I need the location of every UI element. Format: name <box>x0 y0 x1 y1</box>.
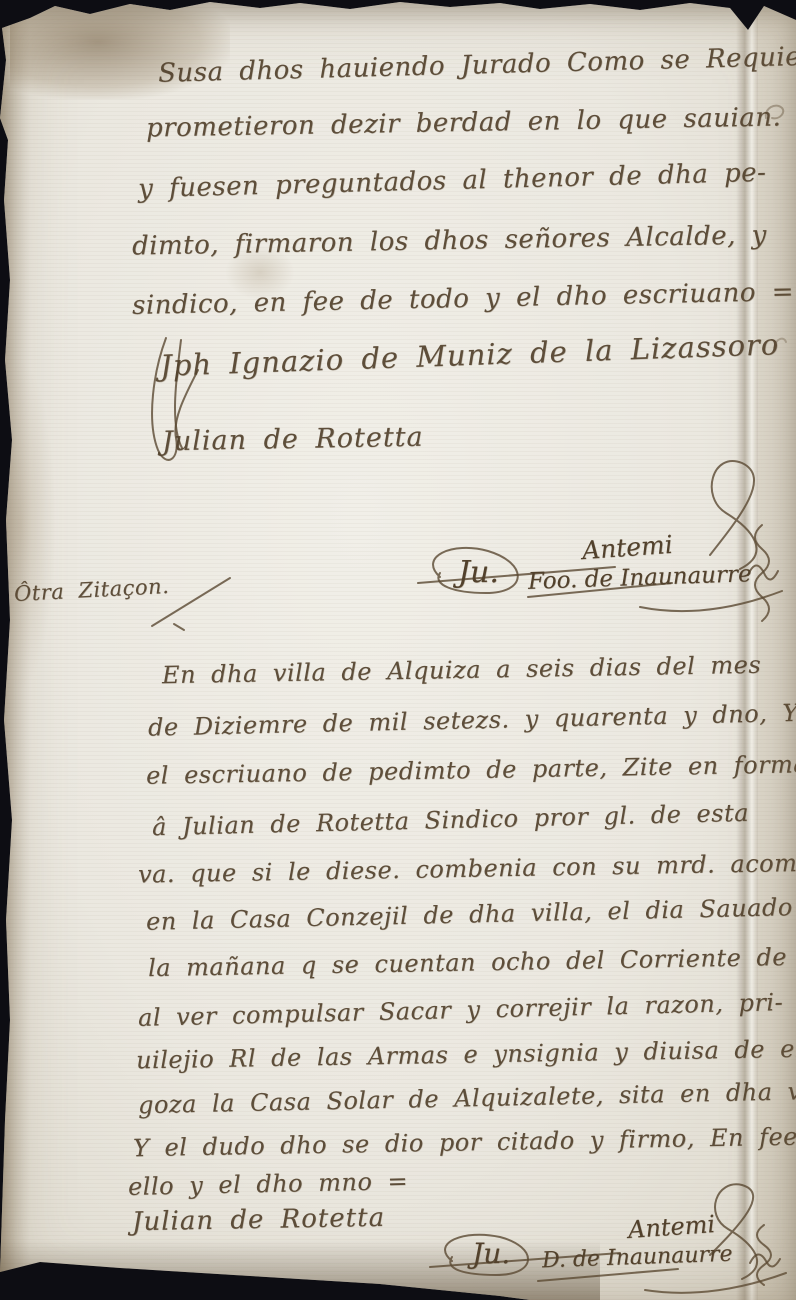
manuscript-line: y fuesen preguntados al thenor de dha pe… <box>138 158 767 204</box>
manuscript-line: dimto, firmaron los dhos señores Alcalde… <box>132 220 767 261</box>
manuscript-line: va. que si le diese. combenia con su mrd… <box>138 847 796 888</box>
paper-stain-left-edge <box>0 0 30 1300</box>
ink-bleed-mark <box>762 98 790 128</box>
closing-sindico-signature: Julian de Rotetta <box>132 1203 386 1237</box>
manuscript-line: Susa dhos hauiendo Jurado Como se Requie… <box>158 41 796 89</box>
manuscript-line: uilejio Rl de las Armas e ynsignia y diu… <box>136 1034 796 1075</box>
margin-note-slash-icon <box>148 572 238 632</box>
manuscript-line: En dha villa de Alquiza a seis dias del … <box>162 651 762 689</box>
ink-bleed-mark <box>770 330 790 356</box>
manuscript-line: Y el dudo dho se dio por citado y firmo,… <box>133 1122 796 1162</box>
escribano-signature: Jph Ignazio de Muniz de la Lizassoro <box>160 327 780 383</box>
margin-note: Ôtra Zitaçon. <box>13 574 169 606</box>
manuscript-line: el escriuano de pedimto de parte, Zite e… <box>146 750 796 790</box>
manuscript-line: en la Casa Conzejil de dha villa, el dia… <box>146 892 796 936</box>
manuscript-line: sindico, en fee de todo y el dho escriua… <box>132 277 795 321</box>
attestation-initial: Ju. <box>458 555 499 590</box>
manuscript-line: â Julian de Rotetta Sindico pror gl. de … <box>152 799 750 842</box>
attestation-initial: Ju. <box>472 1237 510 1270</box>
closing-attestation-block: Antemi Ju. D. de Inaunaurre <box>420 1185 796 1300</box>
manuscript-line: al ver compulsar Sacar y correjir la raz… <box>138 988 784 1032</box>
manuscript-line: la mañana q se cuentan ocho del Corrient… <box>148 942 796 982</box>
paper-stain-left-middle <box>0 360 56 690</box>
manuscript-line: de Diziemre de mil setezs. y quarenta y … <box>148 698 796 741</box>
manuscript-line: goza la Casa Solar de Alquizalete, sita … <box>138 1077 796 1119</box>
sindico-signature: Julian de Rotetta <box>162 422 424 458</box>
manuscript-page: Susa dhos hauiendo Jurado Como se Requie… <box>0 0 796 1300</box>
manuscript-line: ello y el dho mno = <box>128 1167 409 1201</box>
mid-attestation-block: Antemi Ju. Foo. de Inaunaurre <box>410 455 796 630</box>
manuscript-line: prometieron dezir berdad en lo que sauia… <box>146 102 782 143</box>
